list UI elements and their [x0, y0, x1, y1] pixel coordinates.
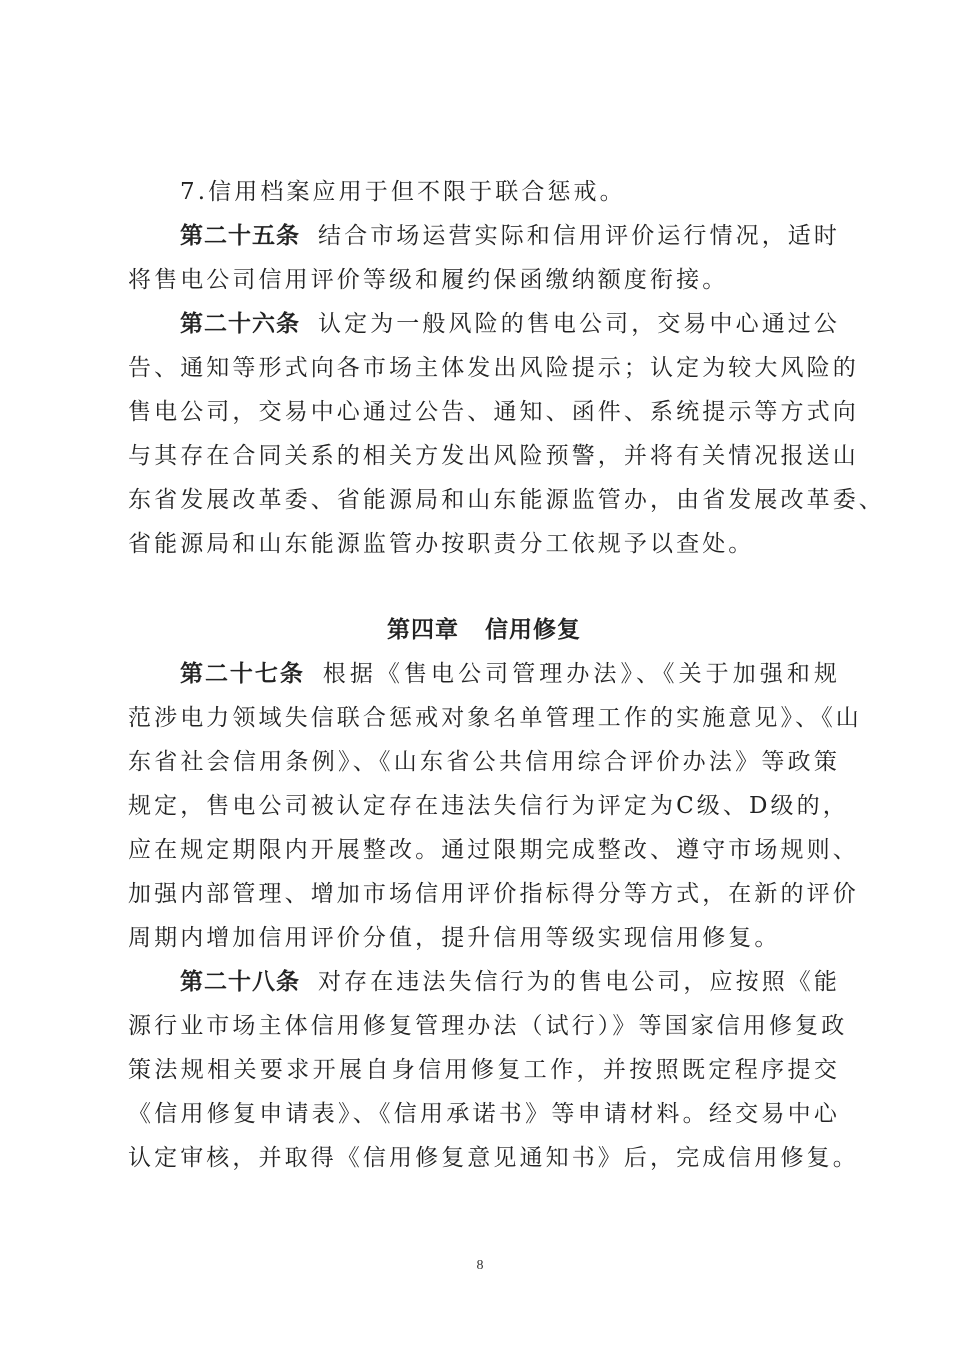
article-27-line-4: 规定，售电公司被认定存在违法失信行为评定为C级、D级的， [128, 784, 840, 828]
chapter-number: 第四章 [387, 617, 459, 643]
article-26-number: 第二十六条 [180, 311, 300, 337]
article-28-line-1: 第二十八条对存在违法失信行为的售电公司，应按照《能 [128, 960, 840, 1004]
article-26-line-5: 东省发展改革委、省能源局和山东能源监管办，由省发展改革委、 [128, 478, 840, 522]
article-27-line-7: 周期内增加信用评价分值，提升信用等级实现信用修复。 [128, 916, 840, 960]
article-28-number: 第二十八条 [180, 969, 300, 995]
article-26-line-2: 告、通知等形式向各市场主体发出风险提示；认定为较大风险的 [128, 346, 840, 390]
article-26-line-4: 与其存在合同关系的相关方发出风险预警，并将有关情况报送山 [128, 434, 840, 478]
chapter-title: 信用修复 [485, 617, 581, 643]
article-25-line-1: 第二十五条结合市场运营实际和信用评价运行情况，适时 [128, 214, 840, 258]
page-number: 8 [0, 1258, 960, 1274]
article-27-text: 根据《售电公司管理办法》、《关于加强和规 [323, 661, 840, 687]
article-27-line-3: 东省社会信用条例》、《山东省公共信用综合评价办法》等政策 [128, 740, 840, 784]
article-27-line-6: 加强内部管理、增加市场信用评价指标得分等方式，在新的评价 [128, 872, 840, 916]
article-28-line-4: 《信用修复申请表》、《信用承诺书》等申请材料。经交易中心 [128, 1092, 840, 1136]
article-28-line-2: 源行业市场主体信用修复管理办法（试行）》等国家信用修复政 [128, 1004, 840, 1048]
article-25-text: 结合市场运营实际和信用评价运行情况，适时 [318, 223, 840, 249]
article-26-line-6: 省能源局和山东能源监管办按职责分工依规予以查处。 [128, 522, 840, 566]
article-25-line-2: 将售电公司信用评价等级和履约保函缴纳额度衔接。 [128, 258, 840, 302]
article-28-line-3: 策法规相关要求开展自身信用修复工作，并按照既定程序提交 [128, 1048, 840, 1092]
article-27-line-2: 范涉电力领域失信联合惩戒对象名单管理工作的实施意见》、《山 [128, 696, 840, 740]
chapter-heading: 第四章信用修复 [128, 608, 840, 652]
article-27-line-1: 第二十七条根据《售电公司管理办法》、《关于加强和规 [128, 652, 840, 696]
article-28-text: 对存在违法失信行为的售电公司，应按照《能 [318, 969, 840, 995]
list-item-7: 7.信用档案应用于但不限于联合惩戒。 [128, 170, 840, 214]
article-26-line-3: 售电公司，交易中心通过公告、通知、函件、系统提示等方式向 [128, 390, 840, 434]
document-page: 7.信用档案应用于但不限于联合惩戒。 第二十五条结合市场运营实际和信用评价运行情… [128, 170, 840, 1180]
article-26-line-1: 第二十六条认定为一般风险的售电公司，交易中心通过公 [128, 302, 840, 346]
article-25-number: 第二十五条 [180, 223, 300, 249]
article-26-text: 认定为一般风险的售电公司，交易中心通过公 [318, 311, 840, 337]
article-27-number: 第二十七条 [180, 661, 305, 687]
article-28-line-5: 认定审核，并取得《信用修复意见通知书》后，完成信用修复。 [128, 1136, 840, 1180]
article-27-line-5: 应在规定期限内开展整改。通过限期完成整改、遵守市场规则、 [128, 828, 840, 872]
